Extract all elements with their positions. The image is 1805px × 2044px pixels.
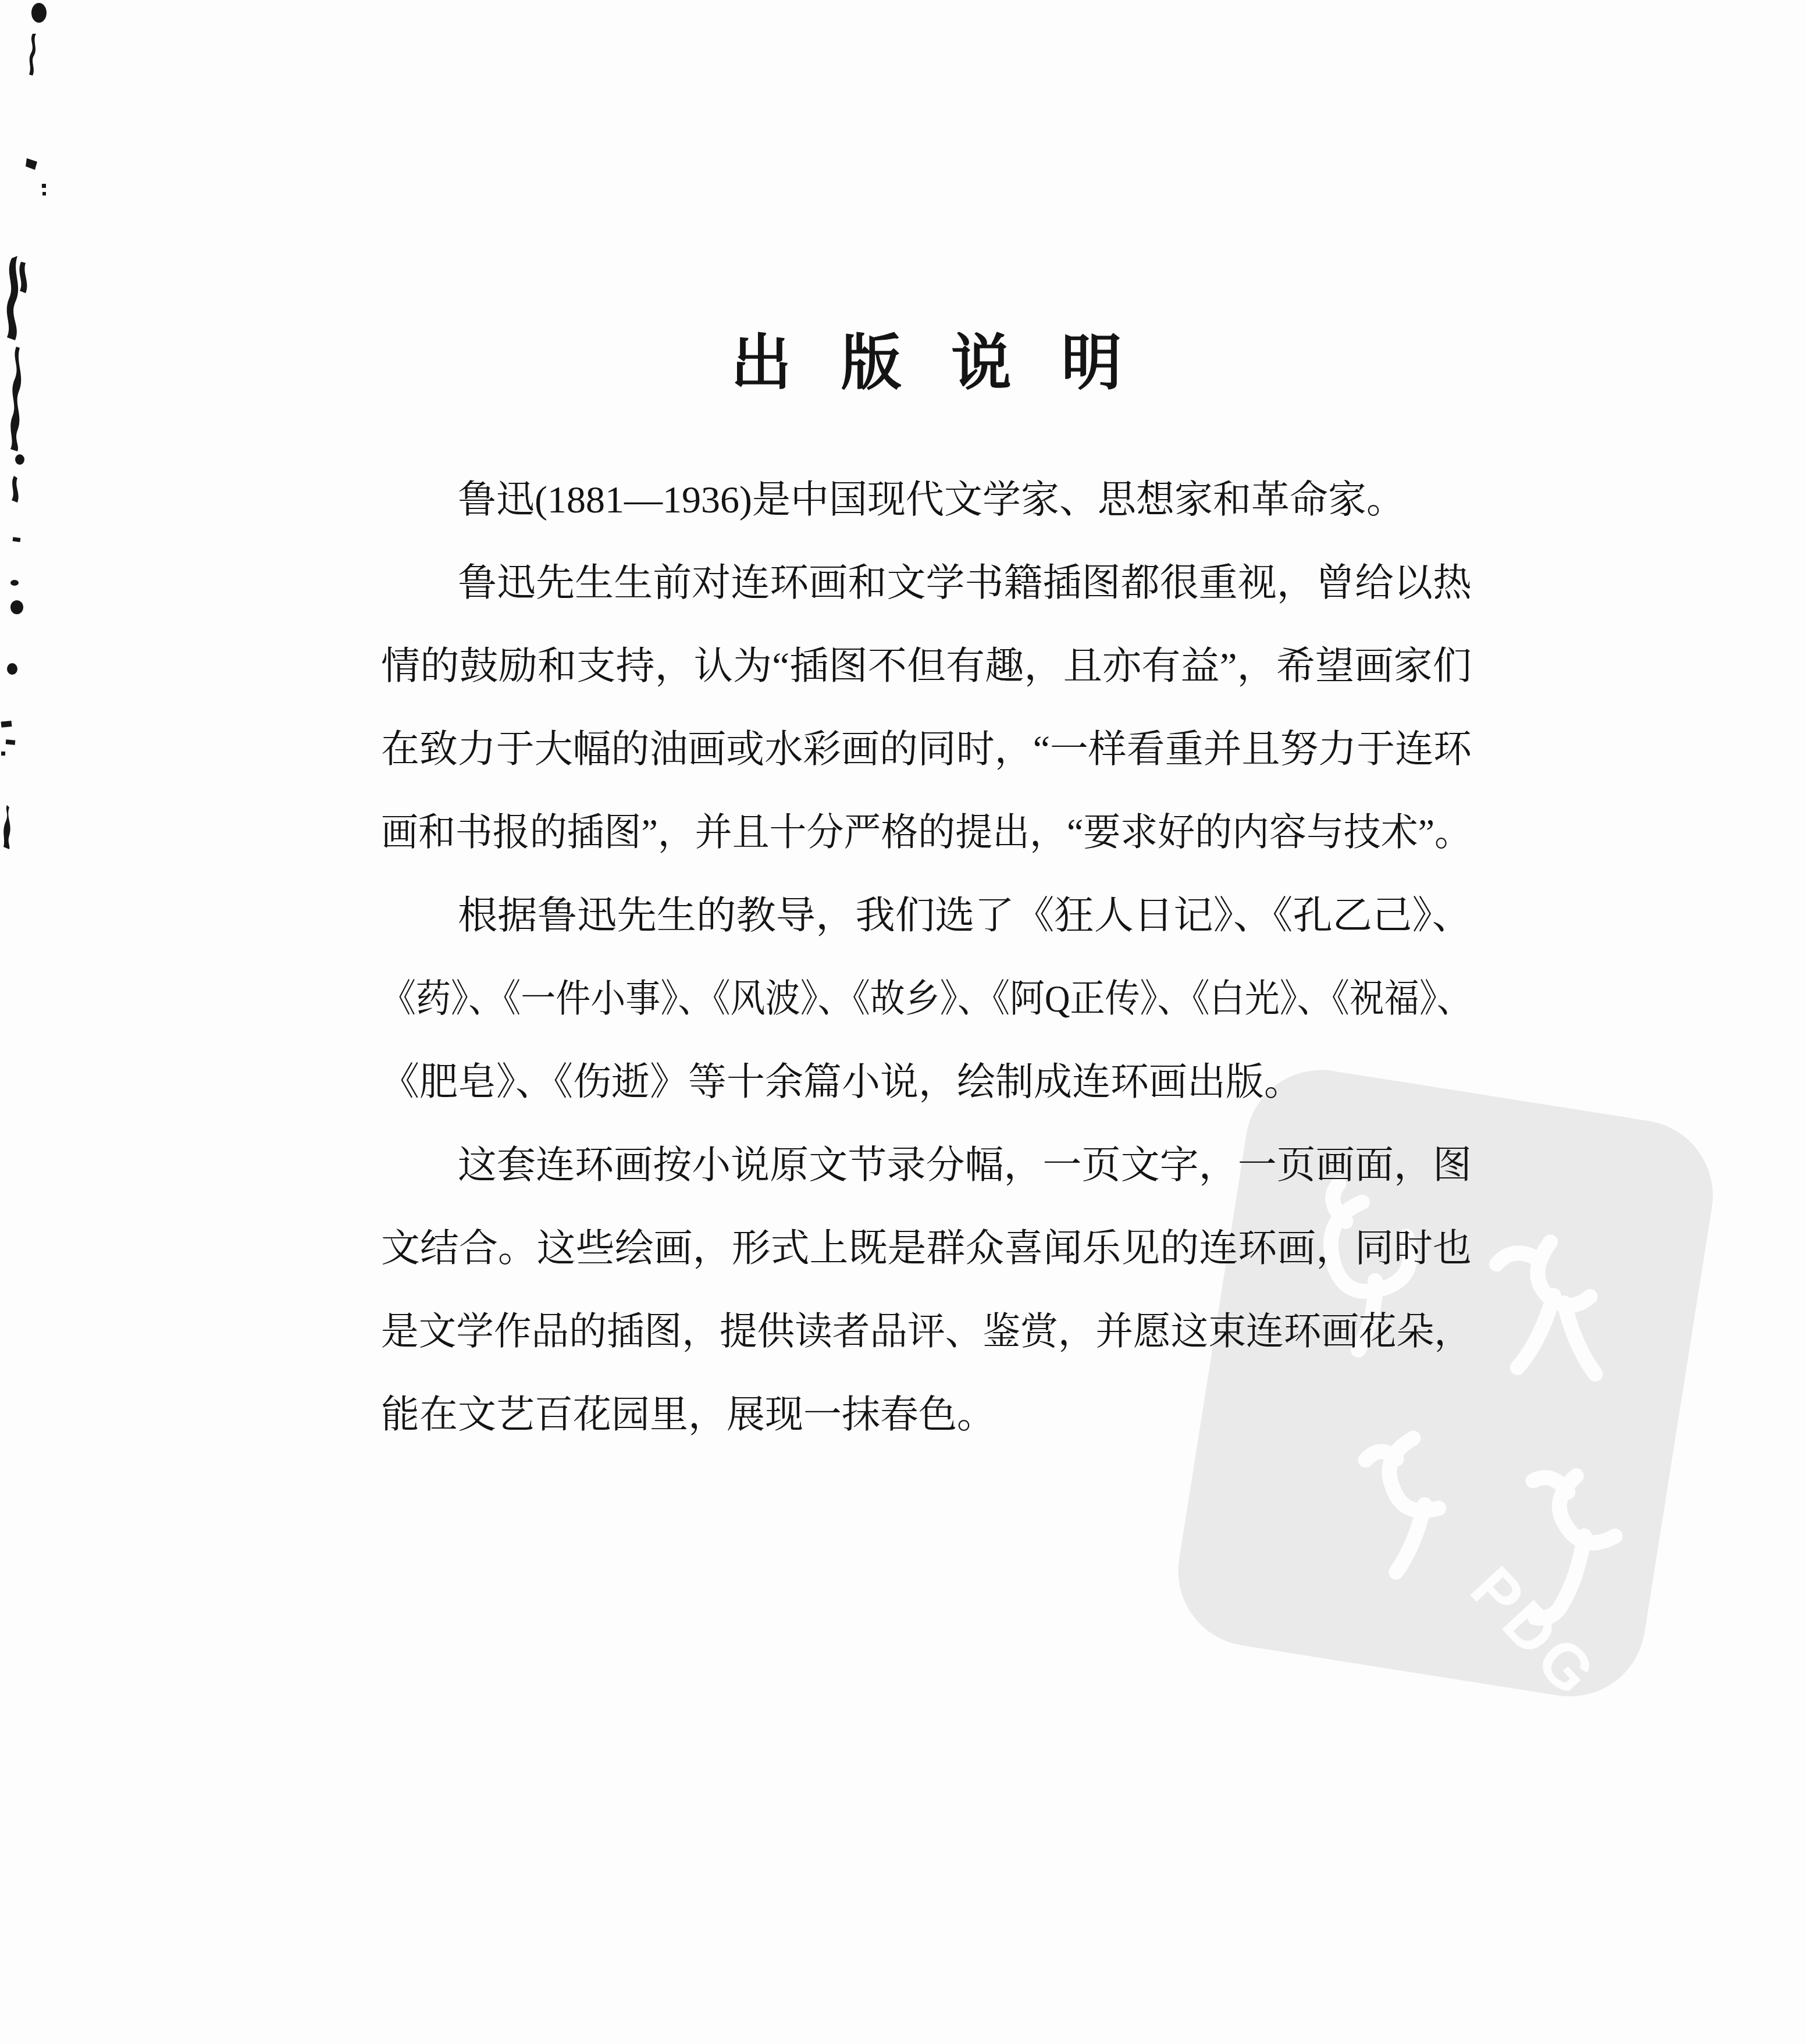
text-line: 《肥皂》、《伤逝》等十余篇小说，绘制成连环画出版。 [381, 1041, 1472, 1124]
text-line: 鲁迅(1881—1936)是中国现代文学家、思想家和革命家。 [381, 458, 1472, 542]
text-line: 根据鲁迅先生的教导，我们选了《狂人日记》、《孔乙己》、 [381, 874, 1472, 957]
scan-artifacts [0, 0, 70, 873]
text-line: 这套连环画按小说原文节录分幅，一页文字，一页画面，图 [381, 1124, 1472, 1207]
body-text: 鲁迅(1881—1936)是中国现代文学家、思想家和革命家。 鲁迅先生生前对连环… [381, 458, 1472, 1457]
scanned-book-page: PDG 出版说明 鲁迅(1881—1936)是中国现代文学家、思想家 [0, 0, 1805, 2044]
text-line: 鲁迅先生生前对连环画和文学书籍插图都很重视，曾给以热 [381, 542, 1472, 625]
text-line: 文结合。这些绘画，形式上既是群众喜闻乐见的连环画，同时也 [381, 1207, 1472, 1290]
text-line: 能在文艺百花园里，展现一抹春色。 [381, 1373, 1472, 1457]
text-line: 在致力于大幅的油画或水彩画的同时，“一样看重并且努力于连环 [381, 708, 1472, 791]
text-line: 《药》、《一件小事》、《风波》、《故乡》、《阿Q正传》、《白光》、《祝福》、 [381, 957, 1472, 1041]
text-line: 情的鼓励和支持，认为“插图不但有趣，且亦有益”，希望画家们 [381, 625, 1472, 708]
text-line: 是文学作品的插图，提供读者品评、鉴赏，并愿这束连环画花朵， [381, 1290, 1472, 1373]
page-title: 出版说明 [381, 314, 1472, 401]
text-line: 画和书报的插图”，并且十分严格的提出，“要求好的内容与技术”。 [381, 791, 1472, 874]
